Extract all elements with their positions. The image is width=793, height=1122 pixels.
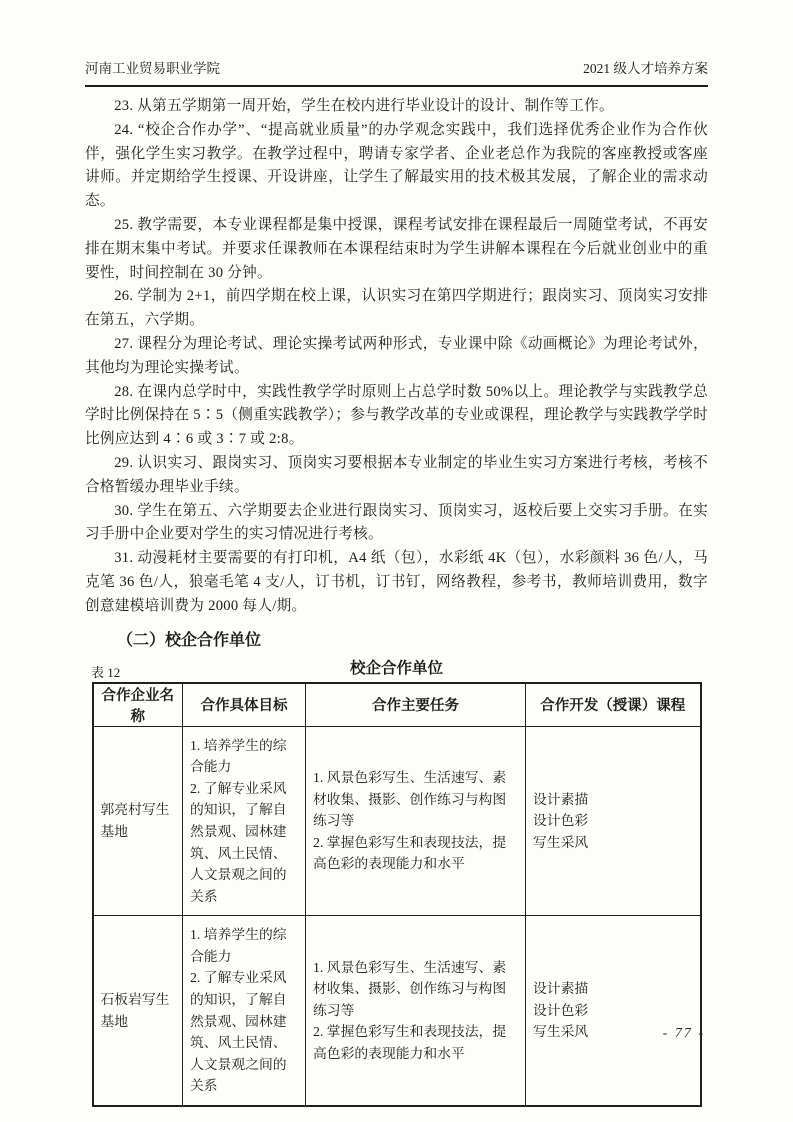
- col-header-courses: 合作开发（授课）课程: [526, 683, 701, 727]
- cooperation-table: 合作企业名称 合作具体目标 合作主要任务 合作开发（授课）课程 郭亮村写生基地 …: [92, 682, 702, 1108]
- table-row: 石板岩写生基地 1. 培养学生的综合能力 2. 了解专业采风的知识，了解自然景观…: [93, 916, 701, 1106]
- document-page: { "header": { "left": "河南工业贸易职业学院", "rig…: [0, 0, 793, 1122]
- paragraph-27: 27. 课程分为理论考试、理论实操考试两种形式，专业课中除《动画概论》为理论考试…: [85, 333, 708, 381]
- cell-goals: 1. 培养学生的综合能力 2. 了解专业采风的知识，了解自然景观、园林建筑、风土…: [183, 726, 306, 916]
- col-header-tasks: 合作主要任务: [306, 683, 526, 727]
- cell-goals: 1. 培养学生的综合能力 2. 了解专业采风的知识，了解自然景观、园林建筑、风土…: [183, 916, 306, 1106]
- body-text: 23. 从第五学期第一周开始，学生在校内进行毕业设计的设计、制作等工作。 24.…: [85, 95, 708, 619]
- cell-tasks: 1. 风景色彩写生、生活速写、素材收集、摄影、创作练习与构图练习等 2. 掌握色…: [306, 726, 526, 916]
- paragraph-23: 23. 从第五学期第一周开始，学生在校内进行毕业设计的设计、制作等工作。: [85, 95, 708, 119]
- col-header-goals: 合作具体目标: [183, 683, 306, 727]
- section-heading: （二）校企合作单位: [85, 628, 708, 653]
- cell-company-name: 郭亮村写生基地: [93, 726, 183, 916]
- paragraph-30: 30. 学生在第五、六学期要去企业进行跟岗实习、顶岗实习，返校后要上交实习手册。…: [85, 500, 708, 548]
- running-header: 河南工业贸易职业学院 2021 级人才培养方案: [85, 60, 708, 87]
- header-program-title: 2021 级人才培养方案: [583, 60, 708, 78]
- paragraph-24: 24. “校企合作办学”、“提高就业质量”的办学观念实践中，我们选择优秀企业作为…: [85, 119, 708, 214]
- table-header-row: 合作企业名称 合作具体目标 合作主要任务 合作开发（授课）课程: [93, 683, 701, 727]
- table-title: 校企合作单位: [85, 657, 708, 681]
- cell-company-name: 石板岩写生基地: [93, 916, 183, 1106]
- cell-tasks: 1. 风景色彩写生、生活速写、素材收集、摄影、创作练习与构图练习等 2. 掌握色…: [306, 916, 526, 1106]
- page-number: - 77 -: [663, 1026, 705, 1042]
- table-row: 郭亮村写生基地 1. 培养学生的综合能力 2. 了解专业采风的知识，了解自然景观…: [93, 726, 701, 916]
- cell-courses: 设计素描 设计色彩 写生采风: [526, 916, 701, 1106]
- header-school-name: 河南工业贸易职业学院: [85, 60, 220, 78]
- paragraph-26: 26. 学制为 2+1，前四学期在校上课，认识实习在第四学期进行；跟岗实习、顶岗…: [85, 285, 708, 333]
- page-content: 河南工业贸易职业学院 2021 级人才培养方案 23. 从第五学期第一周开始，学…: [85, 60, 708, 1107]
- paragraph-28: 28. 在课内总学时中，实践性教学学时原则上占总学时数 50%以上。理论教学与实…: [85, 381, 708, 452]
- paragraph-29: 29. 认识实习、跟岗实习、顶岗实习要根据本专业制定的毕业生实习方案进行考核，考…: [85, 452, 708, 500]
- table-label: 表 12: [91, 662, 120, 681]
- col-header-company-name: 合作企业名称: [93, 683, 183, 727]
- paragraph-25: 25. 教学需要，本专业课程都是集中授课，课程考试安排在课程最后一周随堂考试，不…: [85, 214, 708, 285]
- table-caption: 表 12 校企合作单位: [85, 657, 708, 681]
- cell-courses: 设计素描 设计色彩 写生采风: [526, 726, 701, 916]
- paragraph-31: 31. 动漫耗材主要需要的有打印机，A4 纸（包），水彩纸 4K（包），水彩颜料…: [85, 547, 708, 618]
